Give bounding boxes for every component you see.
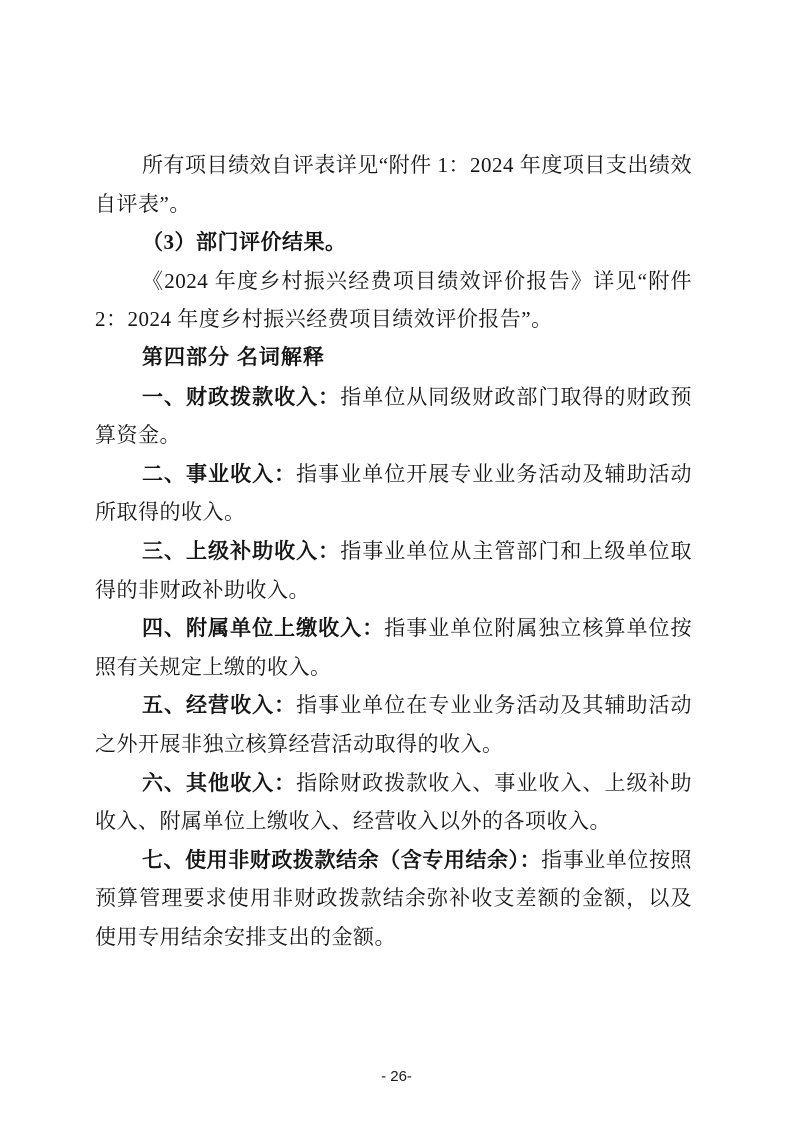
term-definition-5: 五、经营收入：指事业单位在专业业务活动及其辅助活动之外开展非独立核算经营活动取得… [95, 686, 692, 763]
term-name: 七、使用非财政拨款结余（含专用结余）： [142, 848, 541, 872]
paragraph-lead: （3）部门评价结果。 [142, 230, 347, 254]
page-number: - 26- [381, 1068, 412, 1085]
term-definition-2: 二、事业收入：指事业单位开展专业业务活动及辅助活动所取得的收入。 [95, 455, 692, 532]
term-definition-6: 六、其他收入：指除财政拨款收入、事业收入、上级补助收入、附属单位上缴收入、经营收… [95, 764, 692, 841]
paragraph-text: 所有项目绩效自评表详见“附件 1：2024 年度项目支出绩效自评表”。 [95, 153, 692, 216]
section-heading-text: 第四部分 名词解释 [142, 346, 325, 369]
term-definition-3: 三、上级补助收入：指事业单位从主管部门和上级单位取得的非财政补助收入。 [95, 532, 692, 609]
term-name: 二、事业收入： [142, 462, 296, 486]
paragraph-eval-report-note: 《2024 年度乡村振兴经费项目绩效评价报告》详见“附件 2：2024 年度乡村… [95, 262, 692, 339]
paragraph-text: 《2024 年度乡村振兴经费项目绩效评价报告》详见“附件 2：2024 年度乡村… [95, 269, 692, 332]
term-name: 一、财政拨款收入： [142, 385, 340, 409]
term-name: 六、其他收入： [142, 771, 296, 795]
document-content: 所有项目绩效自评表详见“附件 1：2024 年度项目支出绩效自评表”。 （3）部… [95, 146, 692, 956]
term-definition-1: 一、财政拨款收入：指单位从同级财政部门取得的财政预算资金。 [95, 378, 692, 455]
document-page: 所有项目绩效自评表详见“附件 1：2024 年度项目支出绩效自评表”。 （3）部… [0, 0, 793, 1122]
paragraph-self-eval-note: 所有项目绩效自评表详见“附件 1：2024 年度项目支出绩效自评表”。 [95, 146, 692, 223]
term-definition-7: 七、使用非财政拨款结余（含专用结余）：指事业单位按照预算管理要求使用非财政拨款结… [95, 841, 692, 957]
term-name: 三、上级补助收入： [142, 539, 340, 563]
term-name: 四、附属单位上缴收入： [142, 616, 384, 640]
paragraph-dept-eval-heading: （3）部门评价结果。 [95, 223, 692, 262]
page-footer: - 26- [0, 1062, 793, 1092]
term-definition-4: 四、附属单位上缴收入：指事业单位附属独立核算单位按照有关规定上缴的收入。 [95, 609, 692, 686]
term-name: 五、经营收入： [142, 693, 296, 717]
section-heading-part4: 第四部分 名词解释 [95, 339, 692, 378]
